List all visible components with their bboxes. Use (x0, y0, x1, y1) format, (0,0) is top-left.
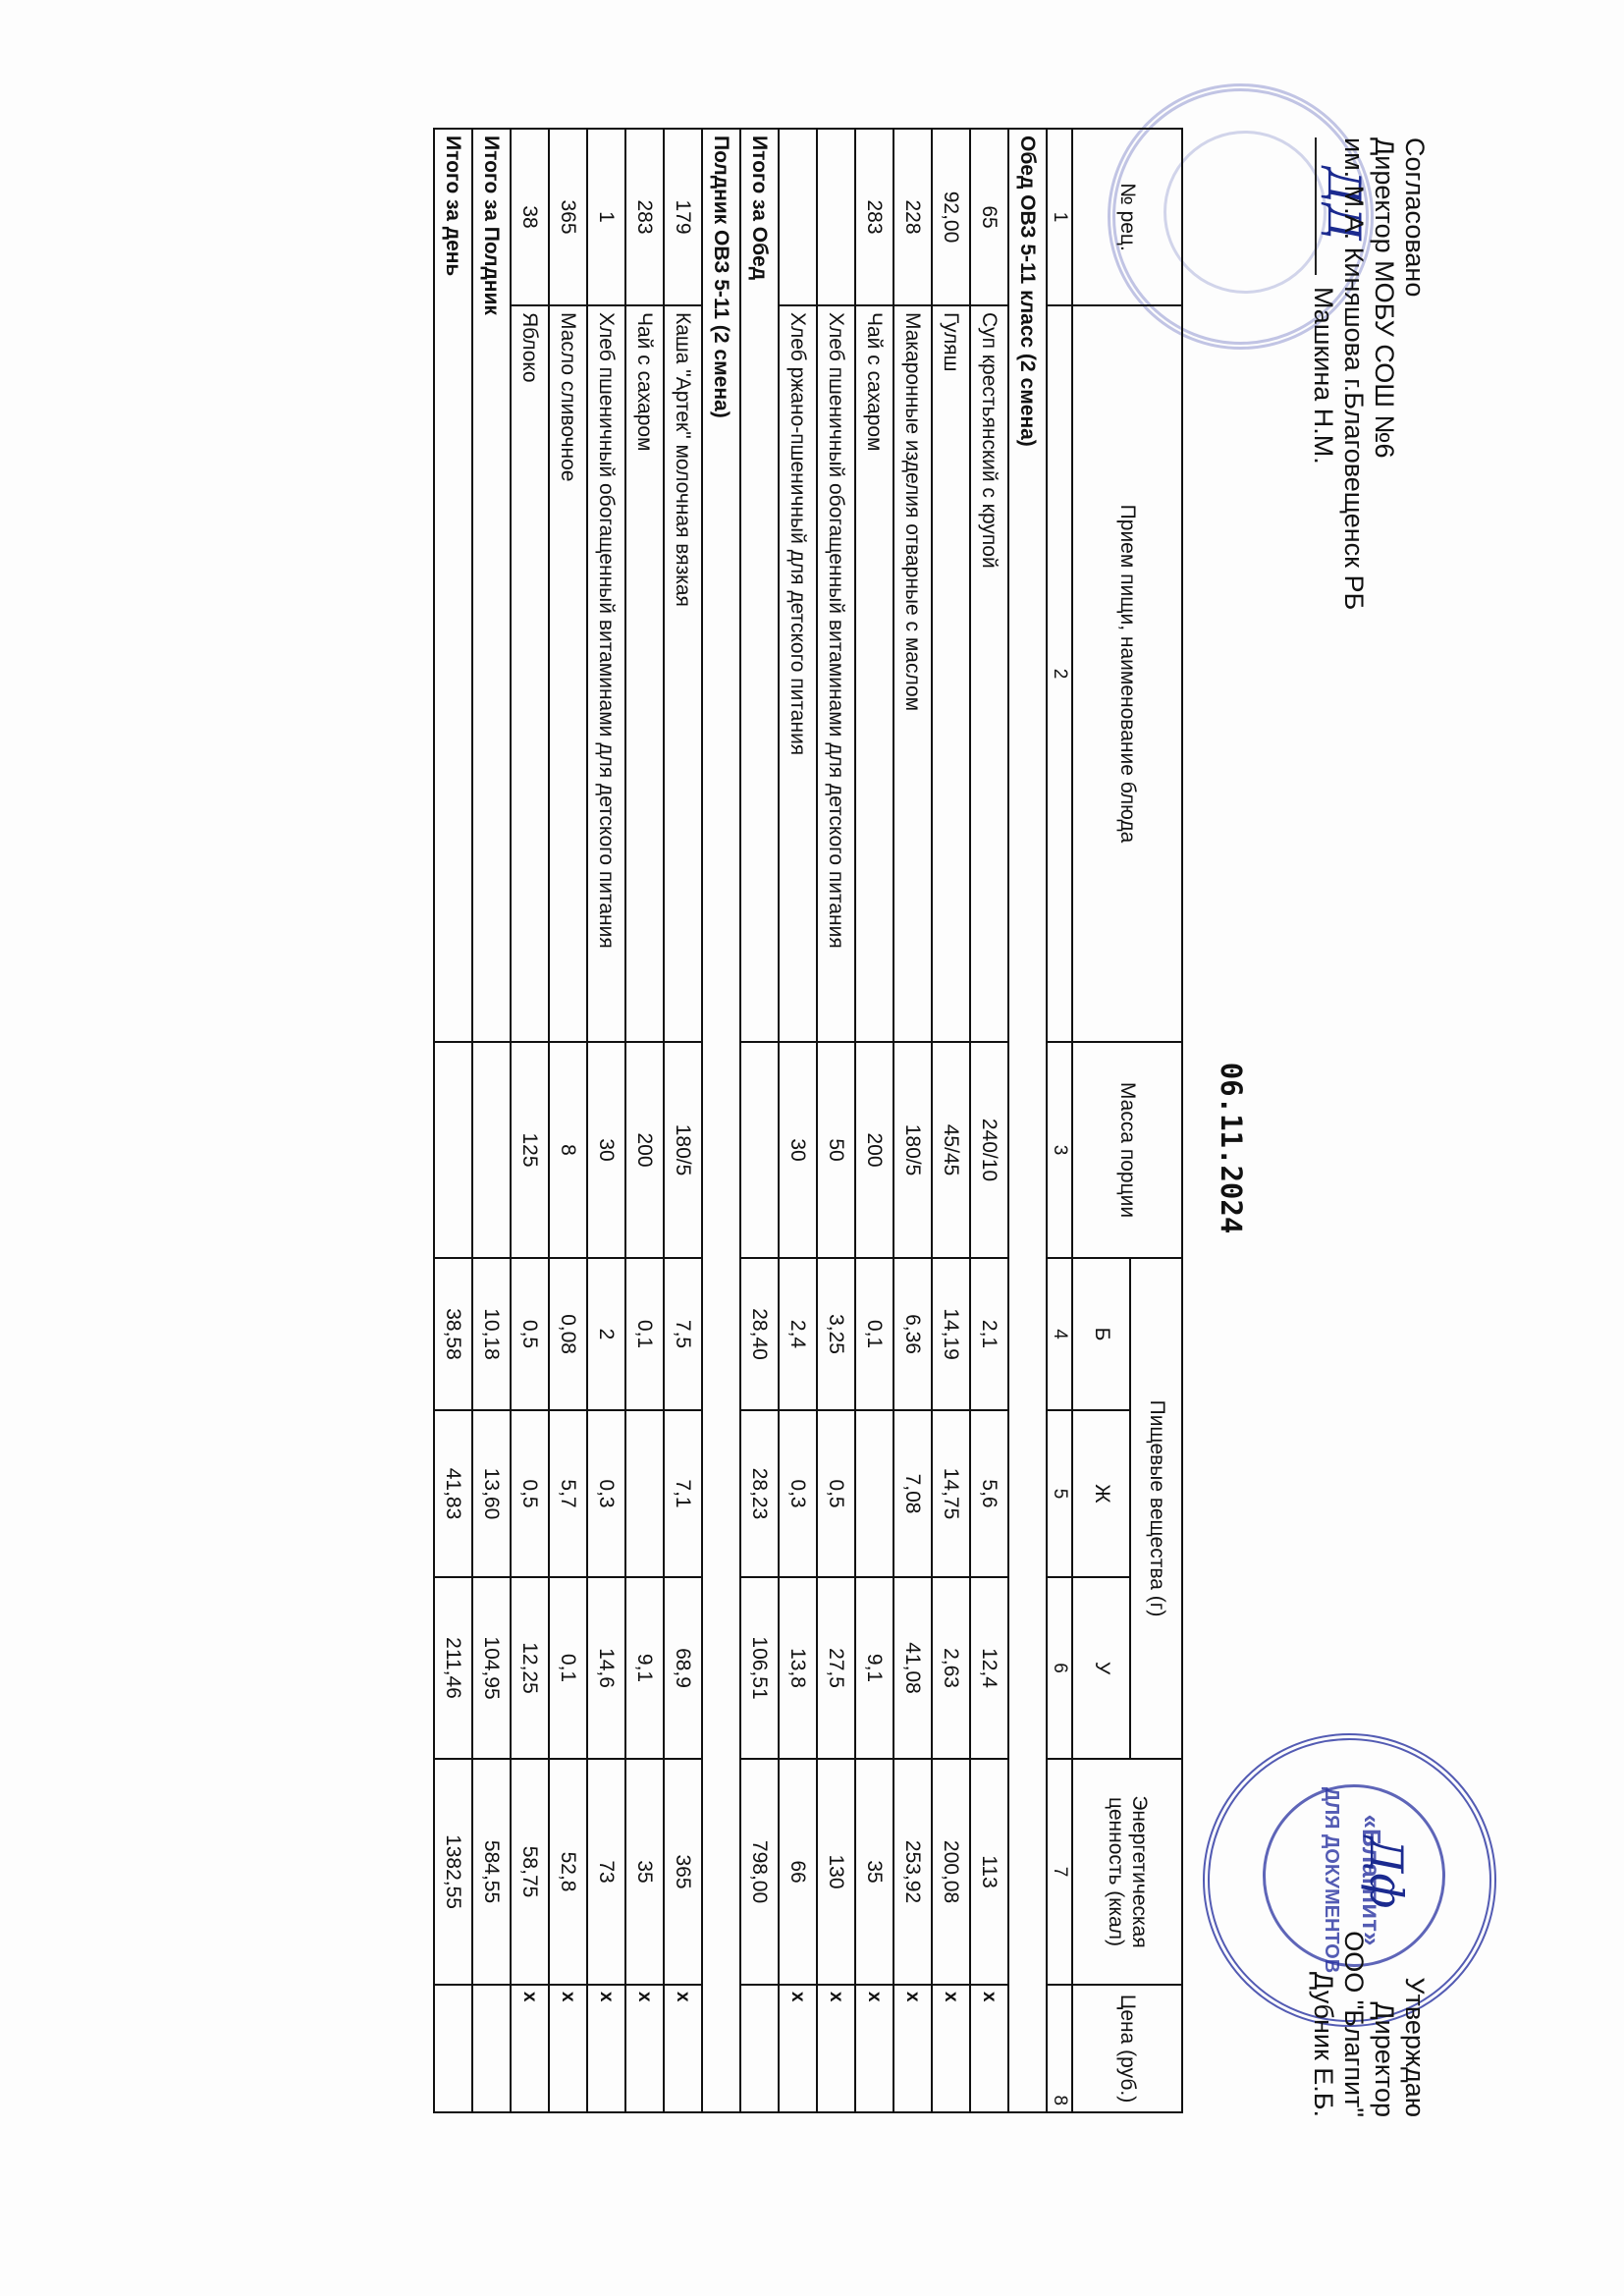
fat-value: 5,6 (970, 1410, 1008, 1577)
section-total-label: Итого за Обед (740, 129, 779, 1042)
recipe-number: 228 (893, 129, 932, 305)
left-organization: им. М.А. Киняшова г.Благовещенск РБ (1338, 137, 1369, 610)
energy-value: 113 (970, 1759, 1008, 1985)
table-row: 179Каша "Артек" молочная вязкая180/57,57… (664, 129, 702, 2112)
energy-value: 52,8 (549, 1759, 587, 1985)
right-signature: Дф (1360, 1836, 1413, 1908)
portion-mass: 45/45 (932, 1042, 970, 1258)
col-number: 3 (1047, 1042, 1072, 1258)
approve-label: Утверждаю (1399, 1931, 1430, 2117)
section-total-row: Итого за Обед28,4028,23106,51798,00 (740, 129, 779, 2112)
total-fat: 13,60 (472, 1410, 511, 1577)
protein-value: 0,5 (511, 1258, 549, 1410)
day-total-fat: 41,83 (434, 1410, 472, 1577)
table-row: 92,00Гуляш45/4514,1914,752,63200,08x (932, 129, 970, 2112)
energy-value: 253,92 (893, 1759, 932, 1985)
right-position: Директор (1369, 1931, 1399, 2117)
total-energy: 584,55 (472, 1759, 511, 1985)
header-energy: Энергетическая ценность (ккал) (1072, 1759, 1182, 1985)
empty-cell (434, 1985, 472, 2112)
fat-value: 5,7 (549, 1410, 587, 1577)
price-value: x (625, 1985, 664, 2112)
dish-name: Чай с сахаром (855, 305, 893, 1042)
empty-cell (434, 1042, 472, 1258)
empty-cell (472, 1042, 511, 1258)
price-value: x (664, 1985, 702, 2112)
day-total-protein: 38,58 (434, 1258, 472, 1410)
fat-value: 0,5 (511, 1410, 549, 1577)
day-total-energy: 1382,55 (434, 1759, 472, 1985)
fat-value (855, 1410, 893, 1577)
dish-name: Хлеб пшеничный обогащенный витаминами дл… (587, 305, 625, 1042)
dish-name: Макаронные изделия отварные с маслом (893, 305, 932, 1042)
carbs-value: 13,8 (779, 1577, 817, 1759)
portion-mass: 50 (817, 1042, 855, 1258)
energy-value: 200,08 (932, 1759, 970, 1985)
price-value: x (855, 1985, 893, 2112)
recipe-number: 65 (970, 129, 1008, 305)
fat-value (625, 1410, 664, 1577)
total-protein: 28,40 (740, 1258, 779, 1410)
header-protein: Б (1072, 1258, 1130, 1410)
recipe-number: 365 (549, 129, 587, 305)
protein-value: 6,36 (893, 1258, 932, 1410)
price-value: x (511, 1985, 549, 2112)
dish-name: Чай с сахаром (625, 305, 664, 1042)
fat-value: 7,08 (893, 1410, 932, 1577)
dish-name: Каша "Артек" молочная вязкая (664, 305, 702, 1042)
protein-value: 2,1 (970, 1258, 1008, 1410)
portion-mass: 125 (511, 1042, 549, 1258)
carbs-value: 9,1 (625, 1577, 664, 1759)
dish-name: Суп крестьянский с крупой (970, 305, 1008, 1042)
col-number: 6 (1047, 1577, 1072, 1759)
empty-cell (740, 1042, 779, 1258)
fat-value: 14,75 (932, 1410, 970, 1577)
energy-value: 365 (664, 1759, 702, 1985)
header-fat: Ж (1072, 1410, 1130, 1577)
col-number: 1 (1047, 129, 1072, 305)
left-signatory: Машкина Н.М. (1309, 287, 1338, 465)
carbs-value: 68,9 (664, 1577, 702, 1759)
header-carbs: У (1072, 1577, 1130, 1759)
portion-mass: 200 (855, 1042, 893, 1258)
carbs-value: 9,1 (855, 1577, 893, 1759)
col-number: 2 (1047, 305, 1072, 1042)
portion-mass: 180/5 (893, 1042, 932, 1258)
header-mass: Масса порции (1072, 1042, 1182, 1258)
approval-right-block: Утверждаю Директор ООО "Благпит" Дубник … (1308, 1931, 1430, 2117)
dish-name: Хлеб ржано-пшеничный для детского питани… (779, 305, 817, 1042)
left-position: Директор МОБУ СОШ №6 (1369, 137, 1399, 610)
section-total-label: Итого за Полдник (472, 129, 511, 1042)
day-total-label: Итого за день (434, 129, 472, 1042)
total-fat: 28,23 (740, 1410, 779, 1577)
recipe-number (817, 129, 855, 305)
price-value: x (970, 1985, 1008, 2112)
fat-value: 0,5 (817, 1410, 855, 1577)
portion-mass: 8 (549, 1042, 587, 1258)
total-energy: 798,00 (740, 1759, 779, 1985)
carbs-value: 27,5 (817, 1577, 855, 1759)
menu-table-body: Обед ОВЗ 5-11 класс (2 смена)65Суп крест… (434, 129, 1047, 2112)
table-row: 283Чай с сахаром2000,19,135x (625, 129, 664, 2112)
fat-value: 0,3 (779, 1410, 817, 1577)
section-title-row: Полдник ОВЗ 5-11 (2 смена) (702, 129, 740, 2112)
protein-value: 3,25 (817, 1258, 855, 1410)
carbs-value: 2,63 (932, 1577, 970, 1759)
menu-table: № рец. Прием пищи, наименование блюда Ма… (433, 128, 1183, 2113)
energy-value: 58,75 (511, 1759, 549, 1985)
left-signatory-line: Машкина Н.М. (1308, 137, 1338, 610)
recipe-number: 179 (664, 129, 702, 305)
protein-value: 2 (587, 1258, 625, 1410)
menu-document-page: ДД Согласовано Директор МОБУ СОШ №6 им. … (0, 0, 1624, 2296)
portion-mass: 240/10 (970, 1042, 1008, 1258)
section-title: Обед ОВЗ 5-11 класс (2 смена) (1008, 129, 1047, 2112)
portion-mass: 30 (587, 1042, 625, 1258)
col-number: 4 (1047, 1258, 1072, 1410)
header-recipe-no: № рец. (1072, 129, 1182, 305)
portion-mass: 30 (779, 1042, 817, 1258)
carbs-value: 14,6 (587, 1577, 625, 1759)
table-row: Хлеб пшеничный обогащенный витаминами дл… (817, 129, 855, 2112)
table-row: 38Яблоко1250,50,512,2558,75x (511, 129, 549, 2112)
energy-value: 73 (587, 1759, 625, 1985)
energy-value: 66 (779, 1759, 817, 1985)
fat-value: 0,3 (587, 1410, 625, 1577)
fat-value: 7,1 (664, 1410, 702, 1577)
menu-date: 06.11.2024 (1215, 0, 1248, 2296)
table-row: 283Чай с сахаром2000,19,135x (855, 129, 893, 2112)
header-dish: Прием пищи, наименование блюда (1072, 305, 1182, 1042)
table-row: 65Суп крестьянский с крупой240/102,15,61… (970, 129, 1008, 2112)
col-number: 8 (1047, 1985, 1072, 2112)
carbs-value: 0,1 (549, 1577, 587, 1759)
empty-cell (740, 1985, 779, 2112)
col-number: 5 (1047, 1410, 1072, 1577)
approval-left-block: Согласовано Директор МОБУ СОШ №6 им. М.А… (1308, 137, 1430, 610)
header-price: Цена (руб.) (1072, 1985, 1182, 2112)
day-total-row: Итого за день38,5841,83211,461382,55 (434, 129, 472, 2112)
recipe-number: 92,00 (932, 129, 970, 305)
carbs-value: 12,25 (511, 1577, 549, 1759)
recipe-number: 283 (625, 129, 664, 305)
portion-mass: 180/5 (664, 1042, 702, 1258)
day-total-carbs: 211,46 (434, 1577, 472, 1759)
total-protein: 10,18 (472, 1258, 511, 1410)
energy-value: 35 (625, 1759, 664, 1985)
right-signatory: Дубник Е.Б. (1308, 1931, 1338, 2117)
price-value: x (817, 1985, 855, 2112)
portion-mass: 200 (625, 1042, 664, 1258)
dish-name: Гуляш (932, 305, 970, 1042)
table-row: 365Масло сливочное80,085,70,152,8x (549, 129, 587, 2112)
protein-value: 0,1 (625, 1258, 664, 1410)
protein-value: 14,19 (932, 1258, 970, 1410)
recipe-number: 1 (587, 129, 625, 305)
signature-line (1315, 137, 1317, 275)
table-row: Хлеб ржано-пшеничный для детского питани… (779, 129, 817, 2112)
protein-value: 7,5 (664, 1258, 702, 1410)
price-value: x (932, 1985, 970, 2112)
dish-name: Хлеб пшеничный обогащенный витаминами дл… (817, 305, 855, 1042)
dish-name: Яблоко (511, 305, 549, 1042)
protein-value: 0,1 (855, 1258, 893, 1410)
recipe-number: 38 (511, 129, 549, 305)
total-carbs: 104,95 (472, 1577, 511, 1759)
price-value: x (549, 1985, 587, 2112)
energy-value: 35 (855, 1759, 893, 1985)
agreed-label: Согласовано (1399, 137, 1430, 610)
price-value: x (893, 1985, 932, 2112)
total-carbs: 106,51 (740, 1577, 779, 1759)
recipe-number: 283 (855, 129, 893, 305)
carbs-value: 41,08 (893, 1577, 932, 1759)
price-value: x (779, 1985, 817, 2112)
price-value: x (587, 1985, 625, 2112)
right-organization: ООО "Благпит" (1338, 1931, 1369, 2117)
recipe-number (779, 129, 817, 305)
table-row: 228Макаронные изделия отварные с маслом1… (893, 129, 932, 2112)
protein-value: 0,08 (549, 1258, 587, 1410)
dish-name: Масло сливочное (549, 305, 587, 1042)
section-total-row: Итого за Полдник10,1813,60104,95584,55 (472, 129, 511, 2112)
table-row: 1Хлеб пшеничный обогащенный витаминами д… (587, 129, 625, 2112)
carbs-value: 12,4 (970, 1577, 1008, 1759)
protein-value: 2,4 (779, 1258, 817, 1410)
empty-cell (472, 1985, 511, 2112)
section-title-row: Обед ОВЗ 5-11 класс (2 смена) (1008, 129, 1047, 2112)
energy-value: 130 (817, 1759, 855, 1985)
header-nutrients: Пищевые вещества (г) (1130, 1258, 1182, 1759)
col-number: 7 (1047, 1759, 1072, 1985)
section-title: Полдник ОВЗ 5-11 (2 смена) (702, 129, 740, 2112)
column-numbers-row: 1 2 3 4 5 6 7 8 (1047, 129, 1072, 2112)
